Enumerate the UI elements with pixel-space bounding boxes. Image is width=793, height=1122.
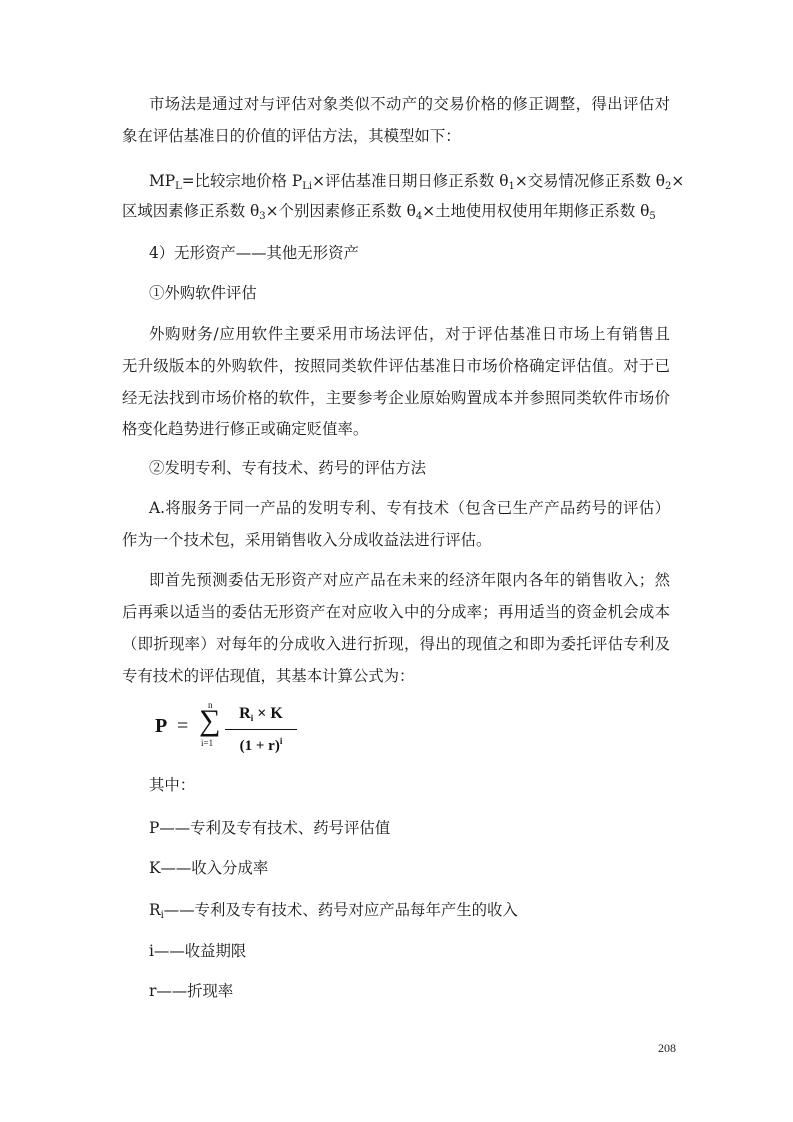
text-line: A.将服务于同一产品的发明专利、专有技术（包含已生产产品药号的评估） — [149, 498, 670, 518]
text-line: Ri——专利及专有技术、药号对应产品每年产生的收入 — [149, 900, 670, 920]
text-line: 作为一个技术包，采用销售收入分成收益法进行评估。 — [122, 530, 670, 550]
text-line: 专有技术的评估现值，其基本计算公式为： — [122, 666, 670, 686]
summation-symbol: ∑ — [199, 706, 220, 736]
formula-equals: = — [177, 715, 188, 738]
text-line: 无升级版本的外购软件，按照同类软件评估基准日市场价格确定评估值。对于已 — [122, 356, 670, 376]
text-line: 区域因素修正系数 θ3×个别因素修正系数 θ4×土地使用权使用年期修正系数 θ5 — [122, 201, 670, 221]
text-line: （即折现率）对每年的分成收入进行折现，得出的现值之和即为委托评估专利及 — [122, 634, 670, 654]
text-line: r——折现率 — [149, 981, 670, 1001]
sum-lower-limit: i=1 — [201, 738, 213, 748]
formula-fraction: Ri × K (1 + r)i — [225, 704, 297, 756]
fraction-bar — [225, 729, 297, 730]
text-line: K——收入分成率 — [149, 858, 670, 878]
fraction-denominator: (1 + r)i — [225, 731, 297, 756]
text-line: i——收益期限 — [149, 941, 670, 961]
text-line: 市场法是通过对与评估对象类似不动产的交易价格的修正调整，得出评估对 — [149, 94, 670, 114]
page-number: 208 — [658, 1041, 676, 1056]
text-line: ②发明专利、专有技术、药号的评估方法 — [149, 458, 670, 478]
text-line: P——专利及专有技术、药号评估值 — [149, 818, 670, 838]
text-line: 4）无形资产——其他无形资产 — [149, 243, 670, 263]
text-line: 外购财务/应用软件主要采用市场法评估，对于评估基准日市场上有销售且 — [149, 324, 670, 344]
fraction-numerator: Ri × K — [225, 704, 297, 728]
text-line: 格变化趋势进行修正或确定贬值率。 — [122, 419, 670, 439]
text-line: 其中： — [149, 775, 670, 795]
text-line: 经无法找到市场价格的软件，主要参考企业原始购置成本并参照同类软件市场价 — [122, 388, 670, 408]
text-line: ①外购软件评估 — [149, 283, 670, 303]
formula-lhs: P — [155, 715, 167, 738]
text-line: 即首先预测委估无形资产对应产品在未来的经济年限内各年的销售收入；然 — [149, 570, 670, 590]
text-line: 后再乘以适当的委估无形资产在对应收入中的分成率；再用适当的资金机会成本 — [122, 602, 670, 622]
text-line: MPL=比较宗地价格 PLi×评估基准日期日修正系数 θ1×交易情况修正系数 θ… — [149, 171, 670, 191]
text-line: 象在评估基准日的价值的评估方法，其模型如下： — [122, 126, 670, 146]
